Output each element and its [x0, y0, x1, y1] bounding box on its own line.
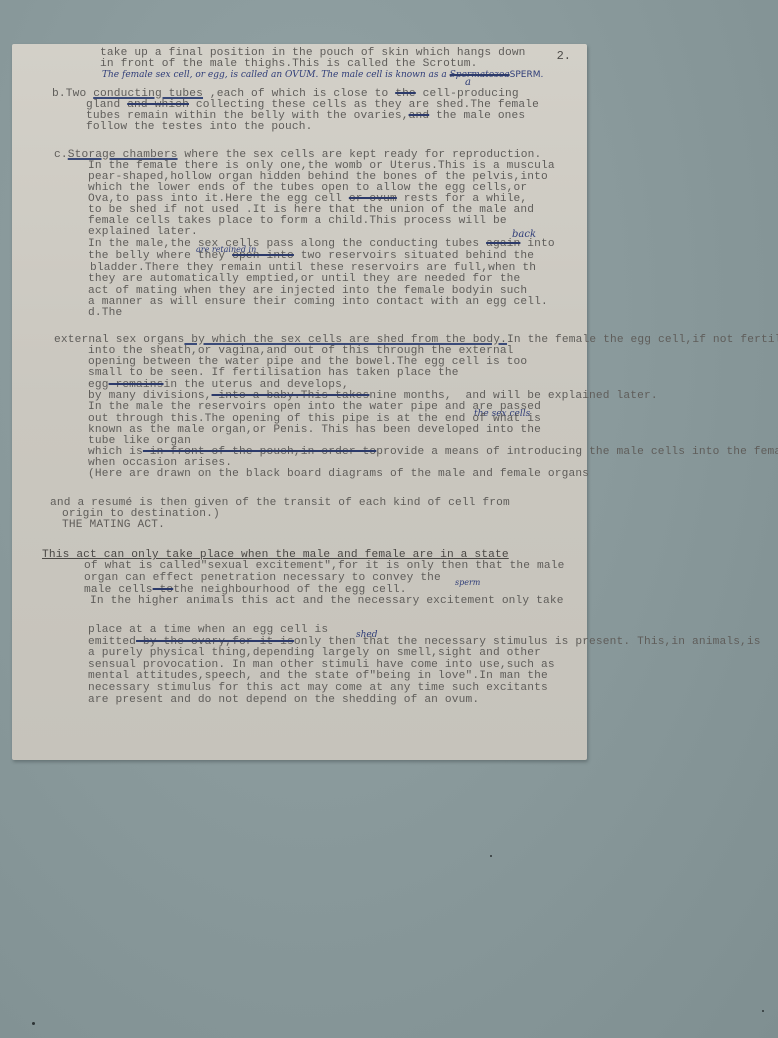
- text-line: In the male,the sex cells pass along the…: [88, 239, 555, 250]
- dust-speck: [762, 1010, 764, 1012]
- text-line: THE MATING ACT.: [62, 520, 165, 531]
- text-line: a purely physical thing,depending largel…: [88, 648, 541, 659]
- dust-speck: [32, 1022, 35, 1025]
- handwritten-note-ovum: The female sex cell, or egg, is called a…: [102, 71, 543, 80]
- text-line: d.The: [88, 308, 129, 319]
- text-line: a manner as will ensure their coming int…: [88, 297, 548, 308]
- handwritten-insert-sperm: sperm: [455, 578, 480, 587]
- text-line: mental attitudes,speech, and the state o…: [88, 671, 548, 682]
- page-number: 2.: [557, 49, 571, 63]
- text-line: In the higher animals this act and the n…: [90, 596, 564, 607]
- text-line: (Here are drawn on the black board diagr…: [88, 469, 589, 480]
- text-line: of what is called"sexual excitement",for…: [84, 561, 564, 572]
- text-line: follow the testes into the pouch.: [86, 122, 313, 133]
- document-page: 2. take up a final position in the pouch…: [12, 44, 587, 760]
- dust-speck: [490, 855, 492, 857]
- text-line: place at a time when an egg cell is: [88, 625, 335, 636]
- text-line: organ can effect penetration necessary t…: [84, 573, 448, 584]
- text-line: they are automatically emptied,or until …: [88, 274, 520, 285]
- text-line: are present and do not depend on the she…: [88, 695, 479, 706]
- text-line: in front of the male thighs.This is call…: [100, 59, 478, 70]
- handwritten-insert-a: a: [465, 78, 471, 87]
- text-line: small to be seen. If fertilisation has t…: [88, 368, 466, 379]
- text-line: the belly where they open into two reser…: [88, 251, 534, 262]
- text-line: explained later.: [88, 227, 198, 238]
- text-line: necessary stimulus for this act may come…: [88, 683, 548, 694]
